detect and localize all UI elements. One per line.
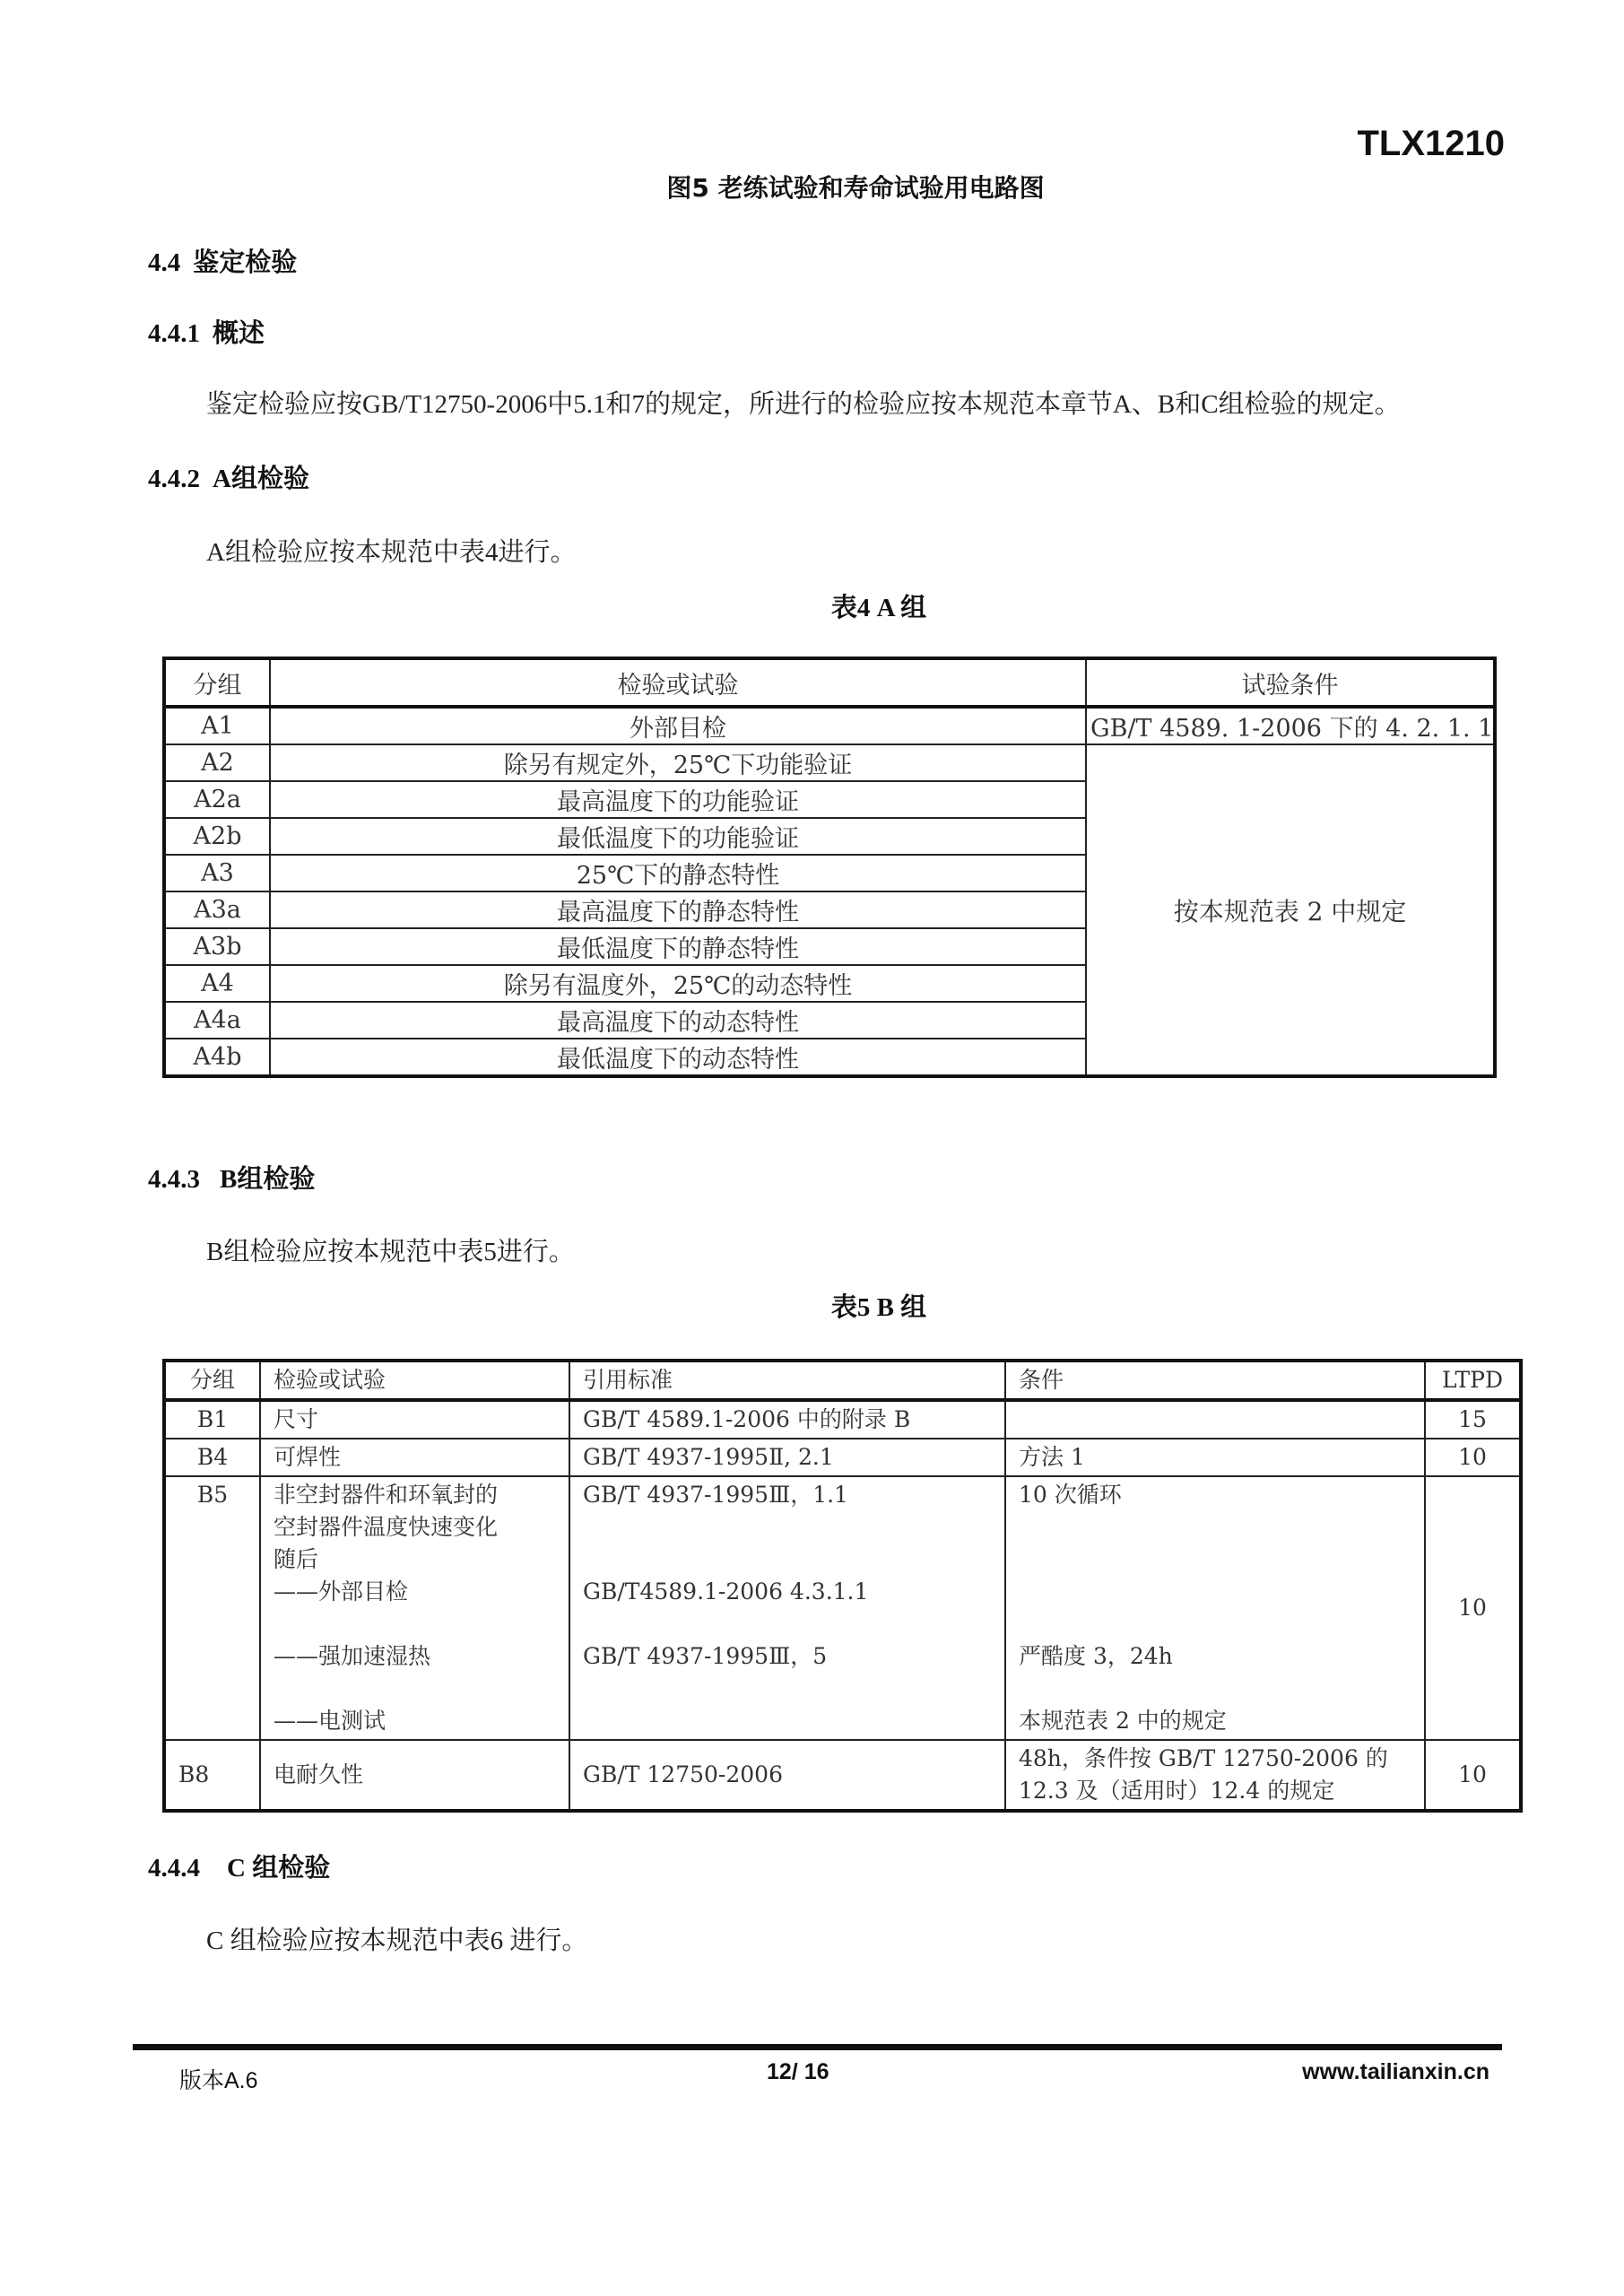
heading-number: 4.4.3 xyxy=(148,1165,200,1194)
heading-4-4-2: 4.4.2A组检验 xyxy=(148,458,309,495)
table-row: B8 电耐久性 GB/T 12750-2006 48h，条件按 GB/T 127… xyxy=(164,1740,1521,1811)
cell-test: 尺寸 xyxy=(260,1400,569,1439)
cell-group: B8 xyxy=(164,1740,260,1811)
figure-caption: 图5 老练试验和寿命试验用电路图 xyxy=(0,169,1624,204)
group-c-paragraph: C 组检验应按本规范中表6 进行。 xyxy=(206,1920,587,1957)
table-row: B5 非空封器件和环氧封的 空封器件温度快速变化 随后 ——外部目检 ——强加速… xyxy=(164,1476,1521,1740)
table-header-row: 分组 检验或试验 引用标准 条件 LTPD xyxy=(164,1361,1521,1400)
cell-condition xyxy=(1005,1400,1425,1439)
cell-group: A4a xyxy=(164,1002,270,1039)
cell-group: A4 xyxy=(164,965,270,1002)
footer-page-number: 12/ 16 xyxy=(767,2059,829,2085)
heading-number: 4.4 xyxy=(148,248,180,277)
cell-test: 最高温度下的动态特性 xyxy=(270,1002,1086,1039)
table4-caption: 表4 A 组 xyxy=(0,587,1624,624)
heading-title: 鉴定检验 xyxy=(193,248,297,277)
table-row: B4 可焊性 GB/T 4937-1995Ⅱ, 2.1 方法 1 10 xyxy=(164,1439,1521,1476)
cell-standard: GB/T 4937-1995Ⅱ, 2.1 xyxy=(569,1439,1005,1476)
table-row: A1 外部目检 GB/T 4589. 1-2006 下的 4. 2. 1. 1 xyxy=(164,707,1495,744)
header-standard: 引用标准 xyxy=(569,1361,1005,1400)
cell-test: 25℃下的静态特性 xyxy=(270,855,1086,891)
cell-condition: 10 次循环 严酷度 3，24h 本规范表 2 中的规定 xyxy=(1005,1476,1425,1740)
footer-divider xyxy=(133,2044,1502,2050)
heading-4-4-3: 4.4.3B组检验 xyxy=(148,1159,315,1196)
heading-title: B组检验 xyxy=(220,1165,315,1194)
cell-group: A3 xyxy=(164,855,270,891)
header-ltpd: LTPD xyxy=(1425,1361,1521,1400)
group-a-paragraph: A组检验应按本规范中表4进行。 xyxy=(206,532,576,569)
cell-ltpd: 10 xyxy=(1425,1439,1521,1476)
cell-ltpd: 10 xyxy=(1425,1740,1521,1811)
cell-test: 非空封器件和环氧封的 空封器件温度快速变化 随后 ——外部目检 ——强加速湿热 … xyxy=(260,1476,569,1740)
cell-test: 最低温度下的动态特性 xyxy=(270,1039,1086,1076)
cell-group: A4b xyxy=(164,1039,270,1076)
heading-title: A组检验 xyxy=(213,465,309,493)
cell-test: 除另有温度外，25℃的动态特性 xyxy=(270,965,1086,1002)
footer-website[interactable]: www.tailianxin.cn xyxy=(1302,2059,1489,2085)
cell-condition: 方法 1 xyxy=(1005,1439,1425,1476)
cell-group: A3b xyxy=(164,928,270,965)
document-number: TLX1210 xyxy=(1357,124,1505,164)
group-b-paragraph: B组检验应按本规范中表5进行。 xyxy=(206,1231,575,1268)
cell-ltpd: 15 xyxy=(1425,1400,1521,1439)
cell-test: 最低温度下的静态特性 xyxy=(270,928,1086,965)
heading-title: 概述 xyxy=(213,319,265,348)
header-condition: 试验条件 xyxy=(1086,658,1495,707)
heading-title: C 组检验 xyxy=(227,1854,330,1883)
table5-caption: 表5 B 组 xyxy=(0,1287,1624,1324)
header-test: 检验或试验 xyxy=(270,658,1086,707)
cell-test: 最高温度下的静态特性 xyxy=(270,891,1086,928)
cell-group: A1 xyxy=(164,707,270,744)
table-5-group-b: 分组 检验或试验 引用标准 条件 LTPD B1 尺寸 GB/T 4589.1-… xyxy=(162,1359,1523,1813)
cell-test: 最高温度下的功能验证 xyxy=(270,781,1086,818)
cell-test: 最低温度下的功能验证 xyxy=(270,818,1086,855)
heading-4-4: 4.4鉴定检验 xyxy=(148,242,297,279)
header-condition: 条件 xyxy=(1005,1361,1425,1400)
table-row: B1 尺寸 GB/T 4589.1-2006 中的附录 B 15 xyxy=(164,1400,1521,1439)
cell-test: 除另有规定外，25℃下功能验证 xyxy=(270,744,1086,781)
heading-number: 4.4.4 xyxy=(148,1854,200,1883)
cell-standard: GB/T 4589.1-2006 中的附录 B xyxy=(569,1400,1005,1439)
cell-group: A2a xyxy=(164,781,270,818)
heading-number: 4.4.1 xyxy=(148,319,200,348)
header-group: 分组 xyxy=(164,658,270,707)
heading-number: 4.4.2 xyxy=(148,465,200,493)
cell-standard: GB/T 12750-2006 xyxy=(569,1740,1005,1811)
heading-4-4-1: 4.4.1概述 xyxy=(148,313,265,350)
cell-group: B4 xyxy=(164,1439,260,1476)
table-header-row: 分组 检验或试验 试验条件 xyxy=(164,658,1495,707)
table-4-group-a: 分组 检验或试验 试验条件 A1 外部目检 GB/T 4589. 1-2006 … xyxy=(162,657,1497,1078)
table-row: A2 除另有规定外，25℃下功能验证 按本规范表 2 中规定 xyxy=(164,744,1495,781)
cell-test: 可焊性 xyxy=(260,1439,569,1476)
header-test: 检验或试验 xyxy=(260,1361,569,1400)
cell-group: B5 xyxy=(164,1476,260,1740)
cell-ltpd: 10 xyxy=(1425,1476,1521,1740)
cell-condition: 48h，条件按 GB/T 12750-2006 的 12.3 及（适用时）12.… xyxy=(1005,1740,1425,1811)
cell-test: 电耐久性 xyxy=(260,1740,569,1811)
cell-condition: GB/T 4589. 1-2006 下的 4. 2. 1. 1 xyxy=(1086,707,1495,744)
cell-group: A3a xyxy=(164,891,270,928)
cell-test: 外部目检 xyxy=(270,707,1086,744)
heading-4-4-4: 4.4.4C 组检验 xyxy=(148,1848,330,1884)
cell-group: B1 xyxy=(164,1400,260,1439)
footer-version: 版本A.6 xyxy=(179,2063,258,2095)
header-group: 分组 xyxy=(164,1361,260,1400)
merged-condition-cell: 按本规范表 2 中规定 xyxy=(1086,744,1495,1076)
cell-group: A2 xyxy=(164,744,270,781)
cell-group: A2b xyxy=(164,818,270,855)
cell-standard: GB/T 4937-1995Ⅲ，1.1 GB/T4589.1-2006 4.3.… xyxy=(569,1476,1005,1740)
overview-paragraph: 鉴定检验应按GB/T12750-2006中5.1和7的规定，所进行的检验应按本规… xyxy=(206,384,1401,421)
